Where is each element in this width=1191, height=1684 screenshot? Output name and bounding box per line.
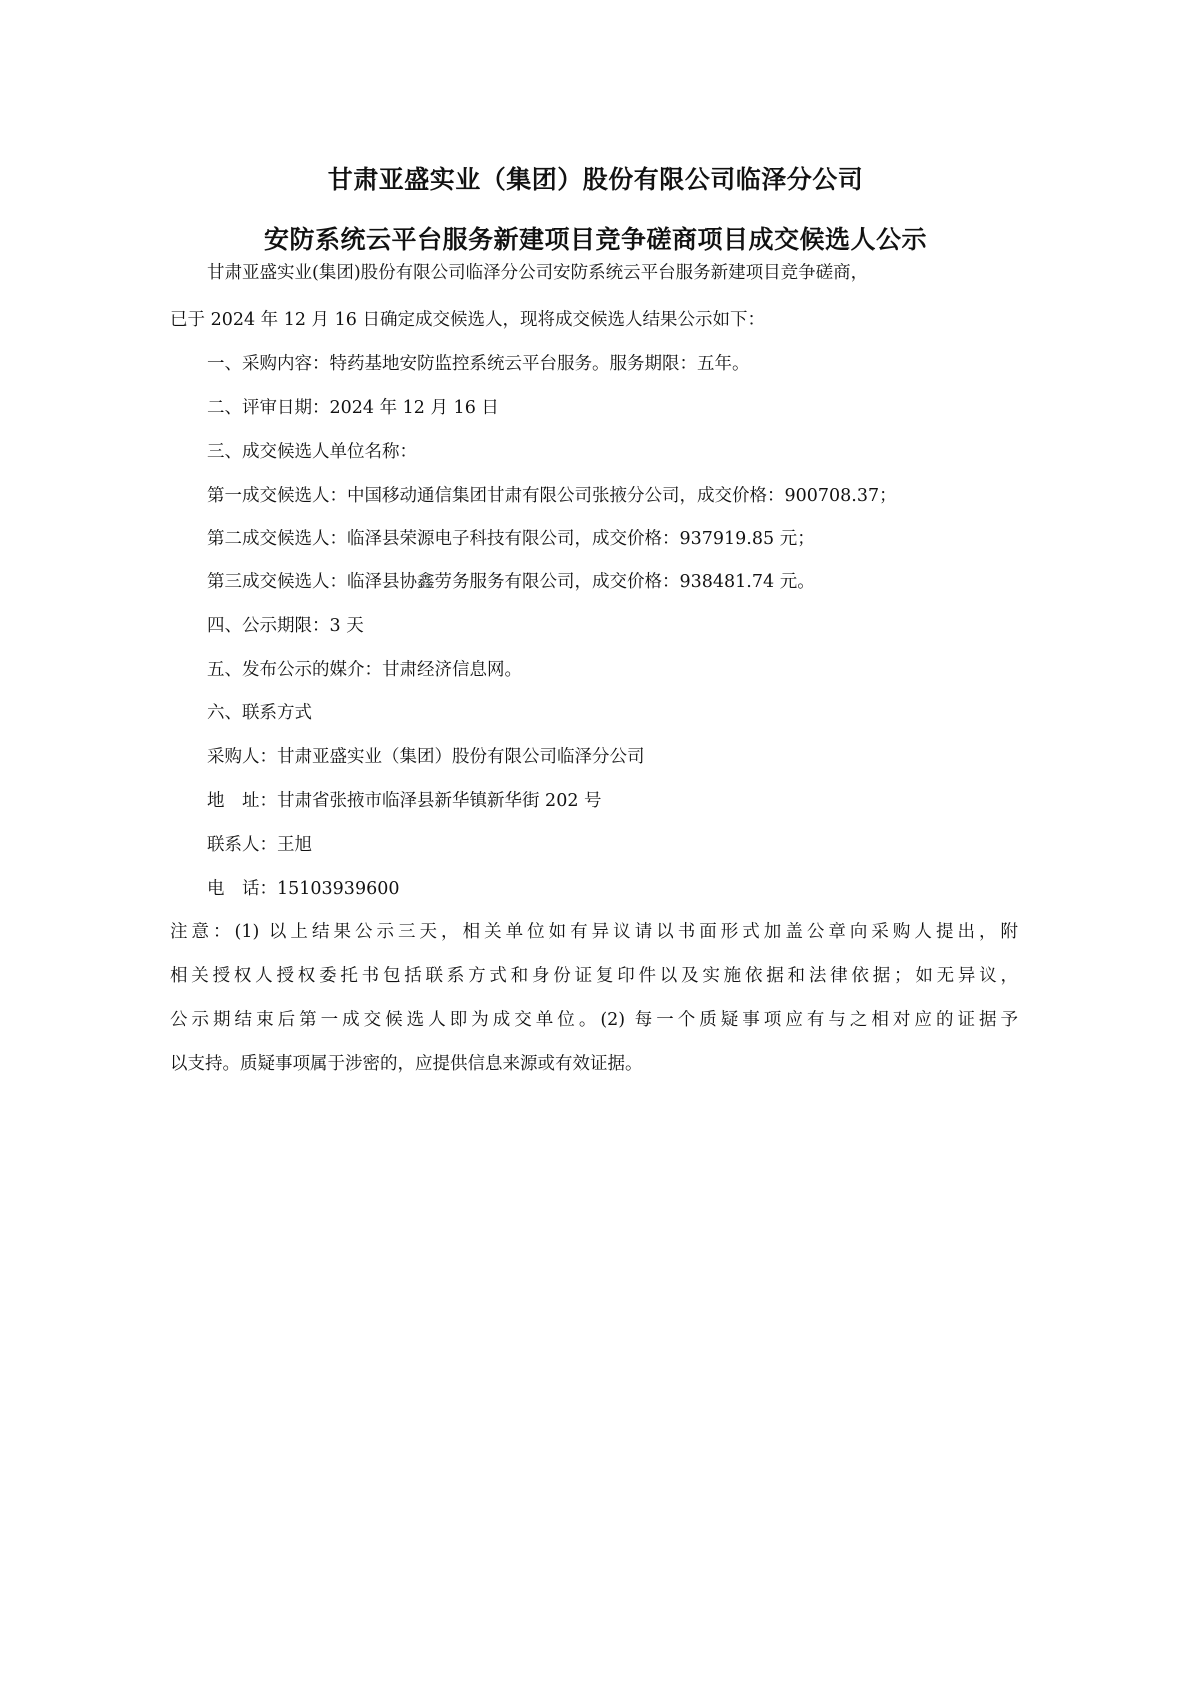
document-page: 甘肃亚盛实业（集团）股份有限公司临泽分公司 安防系统云平台服务新建项目竞争磋商项… (0, 0, 1191, 1684)
section-procurement-content: 一、采购内容：特药基地安防监控系统云平台服务。服务期限：五年。 (207, 353, 750, 375)
notice-line4: 以支持。质疑事项属于涉密的，应提供信息来源或有效证据。 (170, 1053, 643, 1075)
document-title-line1: 甘肃亚盛实业（集团）股份有限公司临泽分公司 (0, 160, 1191, 196)
section-review-date: 二、评审日期：2024 年 12 月 16 日 (207, 397, 499, 419)
candidate-second: 第二成交候选人：临泽县荣源电子科技有限公司，成交价格：937919.85 元； (207, 528, 815, 550)
contact-address: 地 址：甘肃省张掖市临泽县新华镇新华街 202 号 (207, 790, 602, 812)
section-media: 五、发布公示的媒介：甘肃经济信息网。 (207, 659, 522, 681)
document-title-line2: 安防系统云平台服务新建项目竞争磋商项目成交候选人公示 (0, 220, 1191, 256)
section-candidates-heading: 三、成交候选人单位名称： (207, 441, 417, 463)
notice-line1: 注意：(1) 以上结果公示三天，相关单位如有异议请以书面形式加盖公章向采购人提出… (170, 921, 1018, 943)
candidate-first: 第一成交候选人：中国移动通信集团甘肃有限公司张掖分公司，成交价格：900708.… (207, 485, 897, 507)
section-publicity-period: 四、公示期限：3 天 (207, 615, 364, 637)
notice-line3: 公示期结束后第一成交候选人即为成交单位。(2) 每一个质疑事项应有与之相对应的证… (170, 1009, 1018, 1031)
contact-person: 联系人：王旭 (207, 834, 312, 856)
contact-phone: 电 话：15103939600 (207, 878, 399, 900)
intro-paragraph-line1: 甘肃亚盛实业(集团)股份有限公司临泽分公司安防系统云平台服务新建项目竞争磋商， (207, 262, 868, 284)
intro-paragraph-line2: 已于 2024 年 12 月 16 日确定成交候选人，现将成交候选人结果公示如下… (170, 309, 765, 331)
contact-purchaser: 采购人：甘肃亚盛实业（集团）股份有限公司临泽分公司 (207, 746, 645, 768)
candidate-third: 第三成交候选人：临泽县协鑫劳务服务有限公司，成交价格：938481.74 元。 (207, 571, 815, 593)
notice-line2: 相关授权人授权委托书包括联系方式和身份证复印件以及实施依据和法律依据；如无异议， (170, 965, 1018, 987)
section-contact-heading: 六、联系方式 (207, 702, 312, 724)
